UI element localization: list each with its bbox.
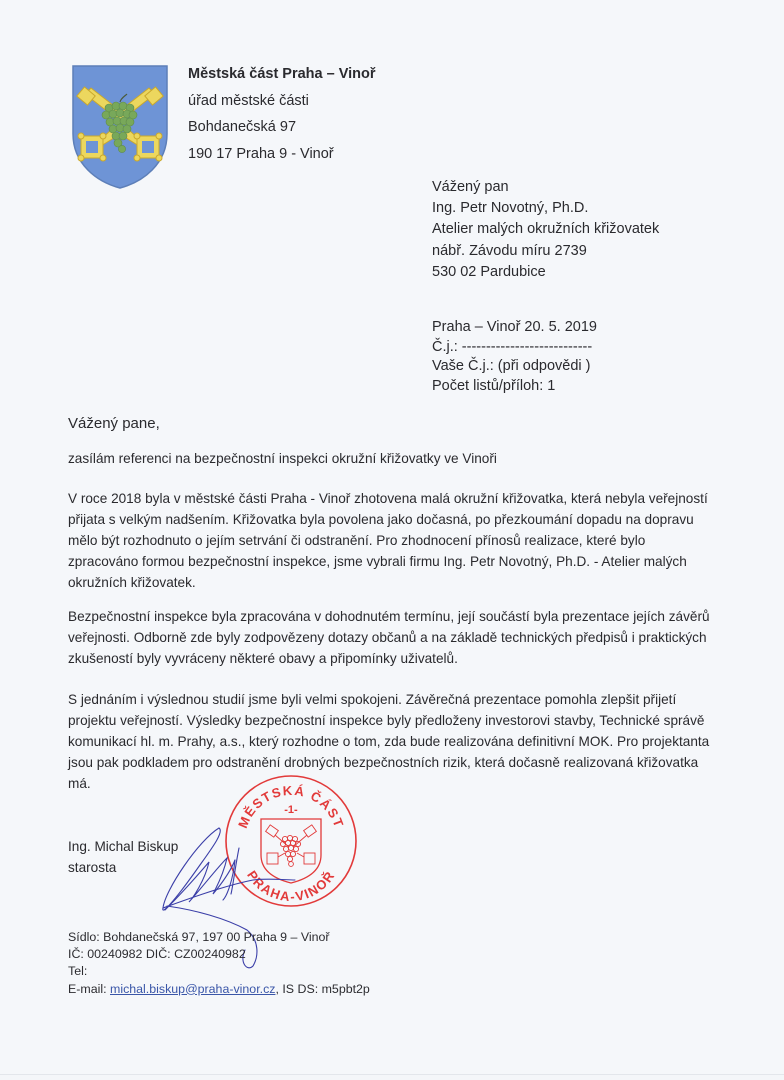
- email-label: E-mail:: [68, 982, 110, 996]
- svg-text:-1-: -1-: [284, 804, 298, 816]
- text-line: Bezpečnostní inspekce byla zpracována v …: [68, 606, 718, 627]
- text-line: má.: [68, 773, 718, 794]
- text-line: veřejnosti. Odborně zde byly zodpovězeny…: [68, 627, 718, 648]
- text-line: zpracováno formou bezpečnostní inspekce,…: [68, 551, 718, 572]
- text-line: komunikací hl. m. Prahy, a.s., který roz…: [68, 731, 718, 752]
- footer-contact: E-mail: michal.biskup@praha-vinor.cz, IS…: [68, 981, 370, 998]
- coat-of-arms-icon: [71, 64, 169, 190]
- footer-tel: Tel:: [68, 963, 370, 980]
- sender-block: Městská část Praha – Vinoř úřad městské …: [188, 61, 376, 167]
- text-line: okružních křižovatek.: [68, 572, 718, 593]
- signer-block: Ing. Michal Biskup starosta: [68, 837, 178, 878]
- svg-text:PRAHA-VINOŘ: PRAHA-VINOŘ: [244, 868, 338, 904]
- sender-office: úřad městské části: [188, 88, 376, 115]
- sender-street: Bohdanečská 97: [188, 114, 376, 141]
- text-line: zkušeností byly vyvráceny některé obavy …: [68, 648, 718, 669]
- text-line: S jednáním i výslednou studií jsme byli …: [68, 689, 718, 710]
- data-box-id: , IS DS: m5pbt2p: [275, 982, 369, 996]
- recipient-city: 530 02 Pardubice: [432, 262, 659, 283]
- place-date: Praha – Vinoř 20. 5. 2019: [432, 318, 597, 338]
- salutation: Vážený pane,: [68, 415, 160, 432]
- recipient-name: Ing. Petr Novotný, Ph.D.: [432, 198, 659, 219]
- your-reference: Vaše Č.j.: (při odpovědi ): [432, 357, 597, 377]
- email-link[interactable]: michal.biskup@praha-vinor.cz: [110, 982, 275, 996]
- text-line: projektu veřejností. Výsledky bezpečnost…: [68, 710, 718, 731]
- recipient-company: Atelier malých okružních křižovatek: [432, 219, 659, 240]
- sender-city: 190 17 Praha 9 - Vinoř: [188, 141, 376, 168]
- paragraph-2: Bezpečnostní inspekce byla zpracována v …: [68, 606, 718, 669]
- text-line: přijata s velkým nadšením. Křižovatka by…: [68, 509, 718, 530]
- sender-name: Městská část Praha – Vinoř: [188, 61, 376, 88]
- paragraph-3: S jednáním i výslednou studií jsme byli …: [68, 689, 718, 794]
- intro-line: zasílám referenci na bezpečnostní inspek…: [68, 451, 497, 466]
- paragraph-1: V roce 2018 byla v městské části Praha -…: [68, 488, 718, 593]
- footer-seat: Sídlo: Bohdanečská 97, 197 00 Praha 9 – …: [68, 929, 370, 946]
- letter-footer: Sídlo: Bohdanečská 97, 197 00 Praha 9 – …: [68, 929, 370, 998]
- letter-page: Městská část Praha – Vinoř úřad městské …: [0, 0, 784, 1075]
- signer-name: Ing. Michal Biskup: [68, 837, 178, 858]
- text-line: jsou pak podkladem pro odstranění drobný…: [68, 752, 718, 773]
- text-line: mělo být rozhodnuto o jejím setrvání či …: [68, 530, 718, 551]
- recipient-address: Vážený pan Ing. Petr Novotný, Ph.D. Atel…: [432, 177, 659, 283]
- letter-meta: Praha – Vinoř 20. 5. 2019 Č.j.: --------…: [432, 318, 597, 396]
- footer-ids: IČ: 00240982 DIČ: CZ00240982: [68, 946, 370, 963]
- signer-title: starosta: [68, 858, 178, 879]
- reference-number: Č.j.: ---------------------------: [432, 338, 597, 358]
- page-count: Počet listů/příloh: 1: [432, 377, 597, 397]
- official-stamp-icon: MĚSTSKÁ ČÁST -1- PRAHA-VINOŘ: [223, 773, 359, 909]
- recipient-greeting: Vážený pan: [432, 177, 659, 198]
- recipient-street: nábř. Závodu míru 2739: [432, 241, 659, 262]
- text-line: V roce 2018 byla v městské části Praha -…: [68, 488, 718, 509]
